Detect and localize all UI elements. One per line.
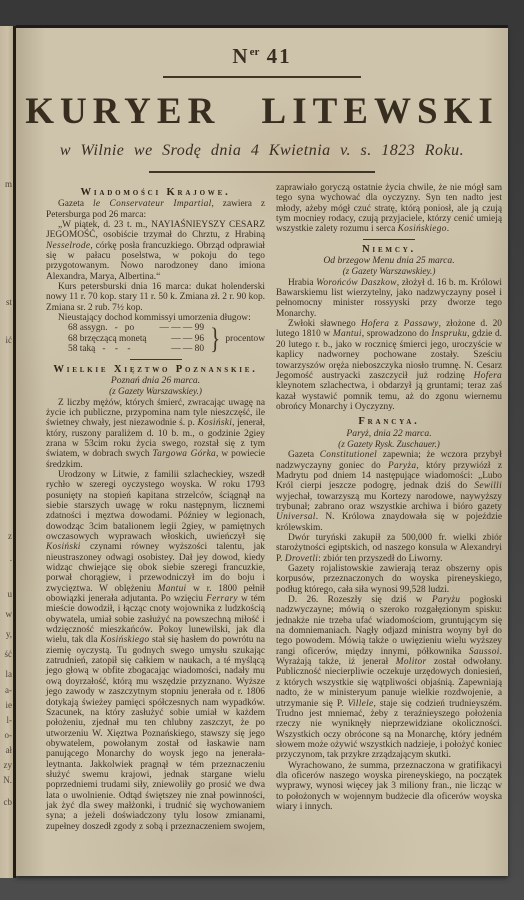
bleed-through-fragment: y,: [6, 630, 12, 639]
bleed-through-fragment: w: [6, 610, 13, 619]
bleed-through-fragment: l-: [7, 716, 13, 725]
paragraph: Gazeta Constitutionel zapewnia; że wczor…: [276, 450, 502, 533]
paragraph: Nieustający dochod kommissyi umorzenia d…: [46, 313, 265, 323]
paragraph: Kurs petersburski dnia 16 marca: dukat h…: [46, 282, 265, 313]
newspaper-title: KURYER LITEWSKI: [16, 90, 508, 133]
bleed-through-fragment: ał: [6, 746, 13, 755]
bleed-through-fragment: cb: [4, 798, 13, 807]
article-dateline: Poznań dnia 26 marca.: [46, 376, 265, 386]
body-columns: Wiadomości Krajowe.Gazeta le Conservateu…: [16, 173, 508, 831]
bleed-through-fragment: la: [6, 670, 13, 679]
paragraph: D. 26. Rozeszły się dziś w Paryżu pogłos…: [276, 595, 502, 761]
paragraph: Wyrachowano, że summa, przeznaczona w gr…: [276, 761, 502, 813]
bleed-through-fragment: m: [5, 180, 12, 189]
issue-number: Ner 41: [16, 44, 508, 69]
exchange-rate-row: 68 assygn. - po— — — 99: [68, 323, 204, 333]
percent-label: procentow: [225, 334, 265, 344]
paragraph: „W piątek, d. 23 t. m., NAYIAŚNIEYSZY CE…: [46, 220, 265, 282]
article-dateline: Od brzegow Menu dnia 25 marca.: [276, 256, 502, 266]
bleed-through-fragment: z: [8, 532, 12, 541]
masthead: Ner 41 KURYER LITEWSKI w Wilnie we Srodę…: [16, 28, 508, 173]
section-divider-rule: [363, 239, 415, 240]
section-heading: Wiadomości Krajowe.: [46, 188, 265, 198]
paragraph: Dwór turyński zakupił za 500,000 fr. wie…: [276, 533, 502, 564]
section-heading: Wielkie Xięztwo Poznanskie.: [46, 365, 265, 375]
bleed-through-fragment: o-: [5, 731, 13, 740]
paragraph: zaprawiało goryczą ostatnie życia chwile…: [276, 183, 502, 235]
bleed-through-fragment: a-: [5, 686, 12, 695]
article-dateline: Paryż, dnia 22 marca.: [276, 429, 502, 439]
bleed-through-fragment: N.: [3, 776, 12, 785]
source-attribution: (z Gazety Warszawskiey.): [46, 386, 265, 396]
paragraph: Hrabia Worońców Daszkow, złożył d. 16 b.…: [276, 278, 502, 319]
bleed-through-fragment: ić: [6, 336, 13, 345]
bleed-through-fragment: u: [8, 590, 13, 599]
adjacent-page-edge: mstićz.uwy,śćlaa-iel-o-ałzyN.cb: [0, 26, 16, 878]
paragraph: Z liczby mężów, których śmierć, zwracają…: [46, 398, 265, 470]
paragraph: Urodzony w Litwie, z familii szlacheckie…: [46, 470, 265, 831]
bleed-through-fragment: .: [10, 554, 12, 563]
bleed-through-fragment: zy: [4, 761, 13, 770]
section-divider-rule: [130, 359, 182, 360]
section-heading: Niemcy.: [276, 245, 502, 255]
masthead-rule-top: [163, 76, 361, 78]
paragraph: Zwłoki sławnego Hofera z Passawy, złożon…: [276, 319, 502, 412]
brace-glyph: }: [210, 324, 220, 354]
newspaper-page: Ner 41 KURYER LITEWSKI w Wilnie we Srodę…: [16, 28, 508, 876]
exchange-rate-row: 68 brzęczącą monetą— — 96: [68, 334, 204, 344]
bleed-through-fragment: st: [6, 298, 12, 307]
exchange-rate-table: 68 assygn. - po— — — 9968 brzęczącą mone…: [68, 323, 265, 354]
right-column: zaprawiało goryczą ostatnie życia chwile…: [276, 183, 502, 831]
paragraph: Gazety rojalistowskie zawierają teraz ob…: [276, 564, 502, 595]
source-attribution: (z Gazety Rysk. Zuschauer.): [276, 439, 502, 449]
issue-superscript: er: [250, 46, 260, 58]
bleed-through-fragment: ie: [6, 701, 13, 710]
left-column: Wiadomości Krajowe.Gazeta le Conservateu…: [46, 183, 265, 831]
section-heading: Francya.: [276, 417, 502, 427]
exchange-rate-row: 58 taką - - -— — 80: [68, 344, 204, 354]
paragraph: Gazeta le Conservateur Impartial, zawier…: [46, 199, 265, 220]
bleed-through-fragment: ść: [5, 650, 13, 659]
source-attribution: (z Gazety Warszawskiey.): [276, 266, 502, 276]
masthead-dateline: w Wilnie we Srodę dnia 4 Kwietnia v. s. …: [16, 142, 508, 160]
